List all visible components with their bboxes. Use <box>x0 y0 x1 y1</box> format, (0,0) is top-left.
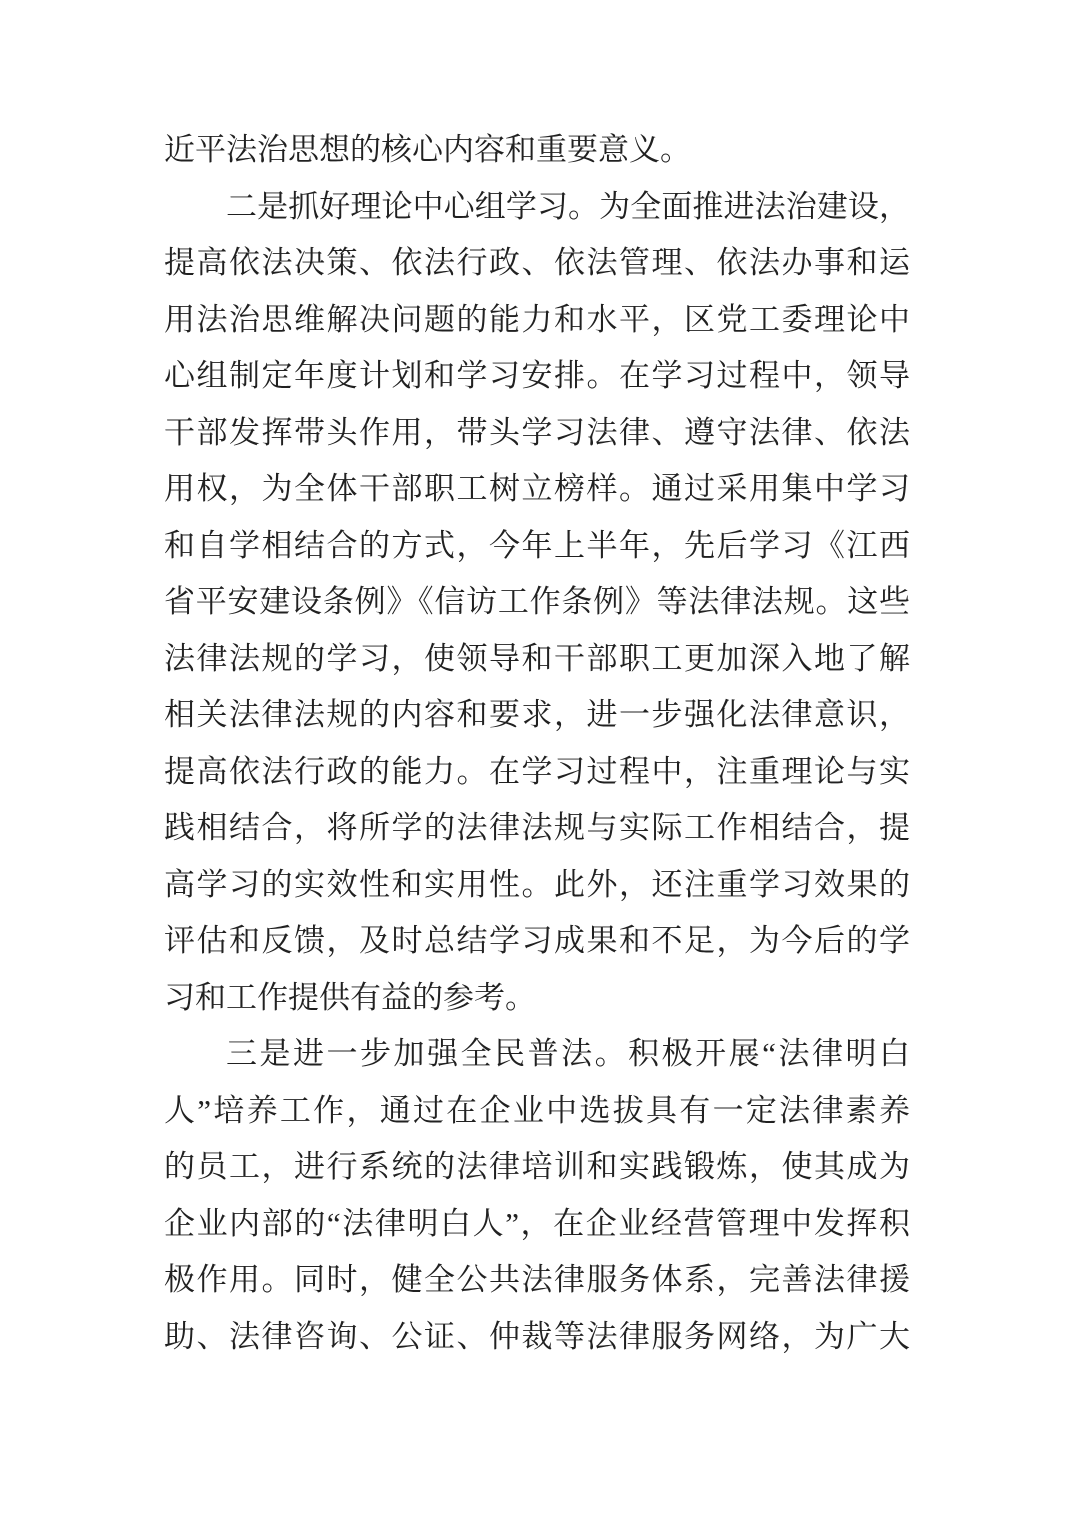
text-line: 高学习的实效性和实用性。此外，还注重学习效果的 <box>164 857 910 914</box>
text-line: 的员工，进行系统的法律培训和实践锻炼，使其成为 <box>164 1139 910 1196</box>
text-line: 相关法律法规的内容和要求，进一步强化法律意识， <box>164 687 910 744</box>
text-line: 评估和反馈，及时总结学习成果和不足，为今后的学 <box>164 913 910 970</box>
text-line: 提高依法行政的能力。在学习过程中，注重理论与实 <box>164 744 910 801</box>
text-line: 和自学相结合的方式，今年上半年，先后学习《江西 <box>164 518 910 575</box>
text-line: 用权，为全体干部职工树立榜样。通过采用集中学习 <box>164 461 910 518</box>
text-line: 践相结合，将所学的法律法规与实际工作相结合，提 <box>164 800 910 857</box>
text-line: 极作用。同时，健全公共法律服务体系，完善法律援 <box>164 1252 910 1309</box>
text-line: 人”培养工作，通过在企业中选拔具有一定法律素养 <box>164 1083 910 1140</box>
text-line: 企业内部的“法律明白人”，在企业经营管理中发挥积 <box>164 1196 910 1253</box>
document-page: 近平法治思想的核心内容和重要意义。二是抓好理论中心组学习。为全面推进法治建设，提… <box>0 0 1074 1520</box>
text-line: 干部发挥带头作用，带头学习法律、遵守法律、依法 <box>164 405 910 462</box>
text-line: 三是进一步加强全民普法。积极开展“法律明白 <box>164 1026 910 1083</box>
text-line: 省平安建设条例》《信访工作条例》等法律法规。这些 <box>164 574 910 631</box>
text-line: 用法治思维解决问题的能力和水平，区党工委理论中 <box>164 292 910 349</box>
text-line: 习和工作提供有益的参考。 <box>164 970 910 1027</box>
document-body: 近平法治思想的核心内容和重要意义。二是抓好理论中心组学习。为全面推进法治建设，提… <box>164 122 910 1365</box>
text-line: 提高依法决策、依法行政、依法管理、依法办事和运 <box>164 235 910 292</box>
text-line: 心组制定年度计划和学习安排。在学习过程中，领导 <box>164 348 910 405</box>
text-line: 近平法治思想的核心内容和重要意义。 <box>164 122 910 179</box>
text-line: 二是抓好理论中心组学习。为全面推进法治建设， <box>164 179 910 236</box>
text-line: 助、法律咨询、公证、仲裁等法律服务网络，为广大 <box>164 1309 910 1366</box>
text-line: 法律法规的学习，使领导和干部职工更加深入地了解 <box>164 631 910 688</box>
